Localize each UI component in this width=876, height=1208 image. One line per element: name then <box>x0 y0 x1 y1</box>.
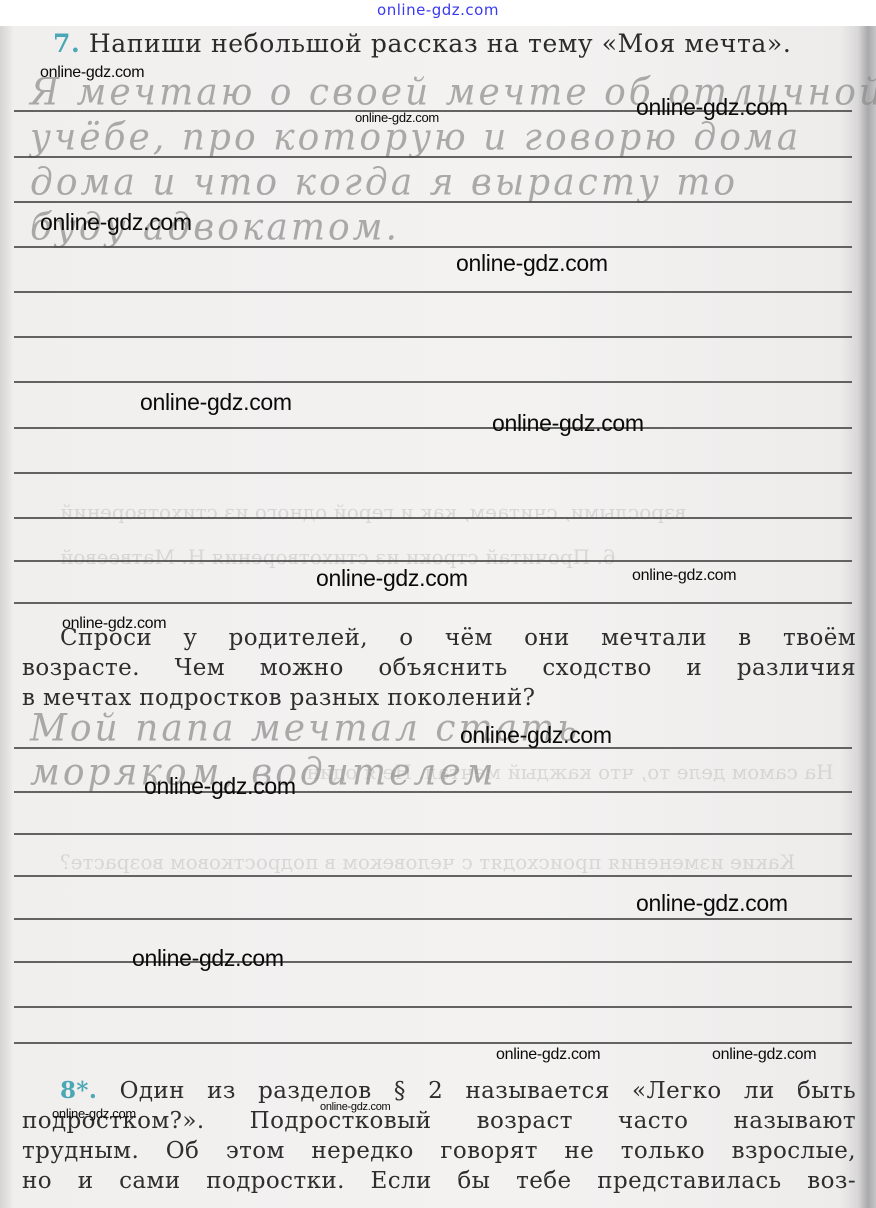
task-7-heading: 7. Напиши небольшой рассказ на тему «Моя… <box>53 29 791 58</box>
watermark: online-gdz.com <box>492 410 644 437</box>
watermark: online-gdz.com <box>320 1101 390 1113</box>
watermark: online-gdz.com <box>316 565 468 592</box>
ruled-line <box>14 1042 852 1044</box>
watermark: online-gdz.com <box>40 209 192 236</box>
ruled-line <box>14 918 852 920</box>
watermark: online-gdz.com <box>636 94 788 121</box>
watermark: online-gdz.com <box>52 1106 136 1121</box>
question-line: возрасте. Чем можно объяснить сходство и… <box>22 653 856 683</box>
ruled-line <box>14 875 852 877</box>
task-8-line: подростком?». Подростковый возраст часто… <box>22 1106 856 1136</box>
watermark: online-gdz.com <box>132 945 284 972</box>
watermark: online-gdz.com <box>712 1046 816 1064</box>
handwritten-answer-line: дома и что когда я вырасту то <box>30 161 738 204</box>
watermark: online-gdz.com <box>632 567 736 585</box>
page-edge-shadow <box>0 26 14 1208</box>
task-7-number: 7. <box>53 29 80 58</box>
task-8-line: трудным. Об этом нередко говорят не толь… <box>22 1136 856 1166</box>
ruled-line <box>14 427 852 429</box>
ruled-line <box>14 381 852 383</box>
ruled-line <box>14 747 852 749</box>
watermark: online-gdz.com <box>355 110 439 125</box>
parents-question: Спроси у родителей, о чём они мечтали в … <box>22 623 856 713</box>
ruled-line <box>14 791 852 793</box>
ruled-line <box>14 201 852 203</box>
ruled-line <box>14 246 852 248</box>
watermark: online-gdz.com <box>140 389 292 416</box>
ruled-line <box>14 560 852 562</box>
task-8-line: но и сами подростки. Если бы тебе предст… <box>22 1166 856 1196</box>
watermark: online-gdz.com <box>636 890 788 917</box>
watermark: online-gdz.com <box>456 250 608 277</box>
ruled-line <box>14 517 852 519</box>
task-8-text: 8*. Один из разделов § 2 называется «Лег… <box>22 1076 856 1196</box>
watermark: online-gdz.com <box>40 64 144 82</box>
watermark: online-gdz.com <box>144 773 296 800</box>
task-8-number: 8*. <box>60 1077 97 1104</box>
bleed-through-text: Какие изменения происходят с человеком в… <box>60 850 795 874</box>
task-7-prompt: Напиши небольшой рассказ на тему «Моя ме… <box>89 29 792 58</box>
bleed-through-text: взрослыми, считаем, как и герой одного и… <box>60 500 686 524</box>
ruled-line <box>14 472 852 474</box>
ruled-line <box>14 1006 852 1008</box>
ruled-line <box>14 156 852 158</box>
ruled-line <box>14 336 852 338</box>
task-8-line: 8*. Один из разделов § 2 называется «Лег… <box>22 1076 856 1106</box>
ruled-line <box>14 602 852 604</box>
watermark: online-gdz.com <box>460 722 612 749</box>
watermark: online-gdz.com <box>62 615 166 633</box>
watermark: online-gdz.com <box>496 1046 600 1064</box>
site-watermark-top: online-gdz.com <box>0 1 876 19</box>
ruled-line <box>14 291 852 293</box>
task-8-line-text: Один из разделов § 2 называется «Легко л… <box>120 1078 856 1104</box>
ruled-line <box>14 833 852 835</box>
